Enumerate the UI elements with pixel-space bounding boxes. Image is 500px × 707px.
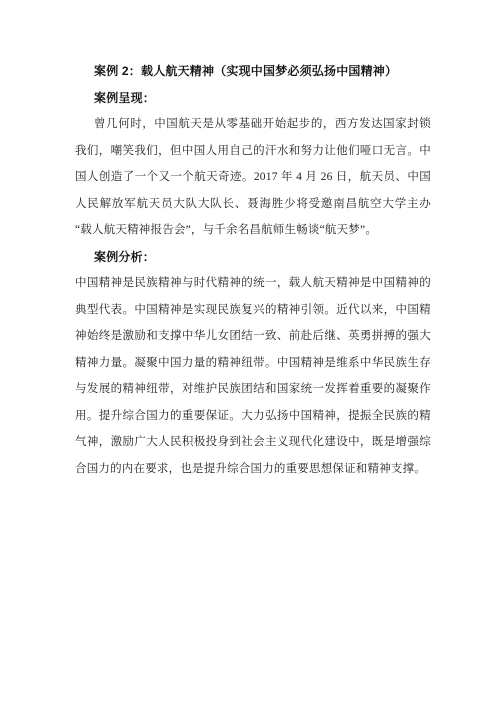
- analysis-line-7: 气神，激励广大人民积极投身到社会主义现代化建设中，既是增强综: [75, 429, 431, 456]
- analysis-line-2: 典型代表。中国精神是实现民族复兴的精神引领。近代以来，中国精: [75, 297, 431, 324]
- analysis-line-8: 合国力的内在要求，也是提升综合国力的重要思想保证和精神支撑。: [75, 456, 431, 483]
- analysis-line-1: 中国精神是民族精神与时代精神的统一，载人航天精神是中国精神的: [75, 270, 431, 297]
- presentation-line-1: 曾几何时，中国航天是从零基础开始起步的，西方发达国家封锁: [75, 111, 431, 138]
- presentation-line-2: 我们，嘲笑我们，但中国人用自己的汗水和努力让他们哑口无言。中: [75, 138, 431, 165]
- analysis-line-3: 神始终是激励和支撑中华儿女团结一致、前赴后继、英勇拼搏的强大: [75, 323, 431, 350]
- presentation-line-4: 人民解放军航天员大队大队长、聂海胜少将受邀南昌航空大学主办: [75, 191, 431, 218]
- analysis-line-6: 用。提升综合国力的重要保证。大力弘扬中国精神，提振全民族的精: [75, 403, 431, 430]
- presentation-line-5: “载人航天精神报告会”，与千余名昌航师生畅谈“航天梦”。: [75, 217, 431, 244]
- analysis-line-5: 与发展的精神纽带，对维护民族团结和国家统一发挥着重要的凝聚作: [75, 376, 431, 403]
- presentation-line-3: 国人创造了一个又一个航天奇迹。2017 年 4 月 26 日，航天员、中国: [75, 164, 431, 191]
- document-page: 案例 2：载人航天精神（实现中国梦必须弘扬中国精神） 案例呈现： 曾几何时，中国…: [0, 0, 500, 707]
- analysis-heading: 案例分析：: [75, 244, 431, 271]
- case-title: 案例 2：载人航天精神（实现中国梦必须弘扬中国精神）: [75, 58, 431, 85]
- presentation-heading: 案例呈现：: [75, 85, 431, 112]
- document-text-block: 案例 2：载人航天精神（实现中国梦必须弘扬中国精神） 案例呈现： 曾几何时，中国…: [75, 58, 431, 482]
- analysis-line-4: 精神力量。凝聚中国力量的精神纽带。中国精神是维系中华民族生存: [75, 350, 431, 377]
